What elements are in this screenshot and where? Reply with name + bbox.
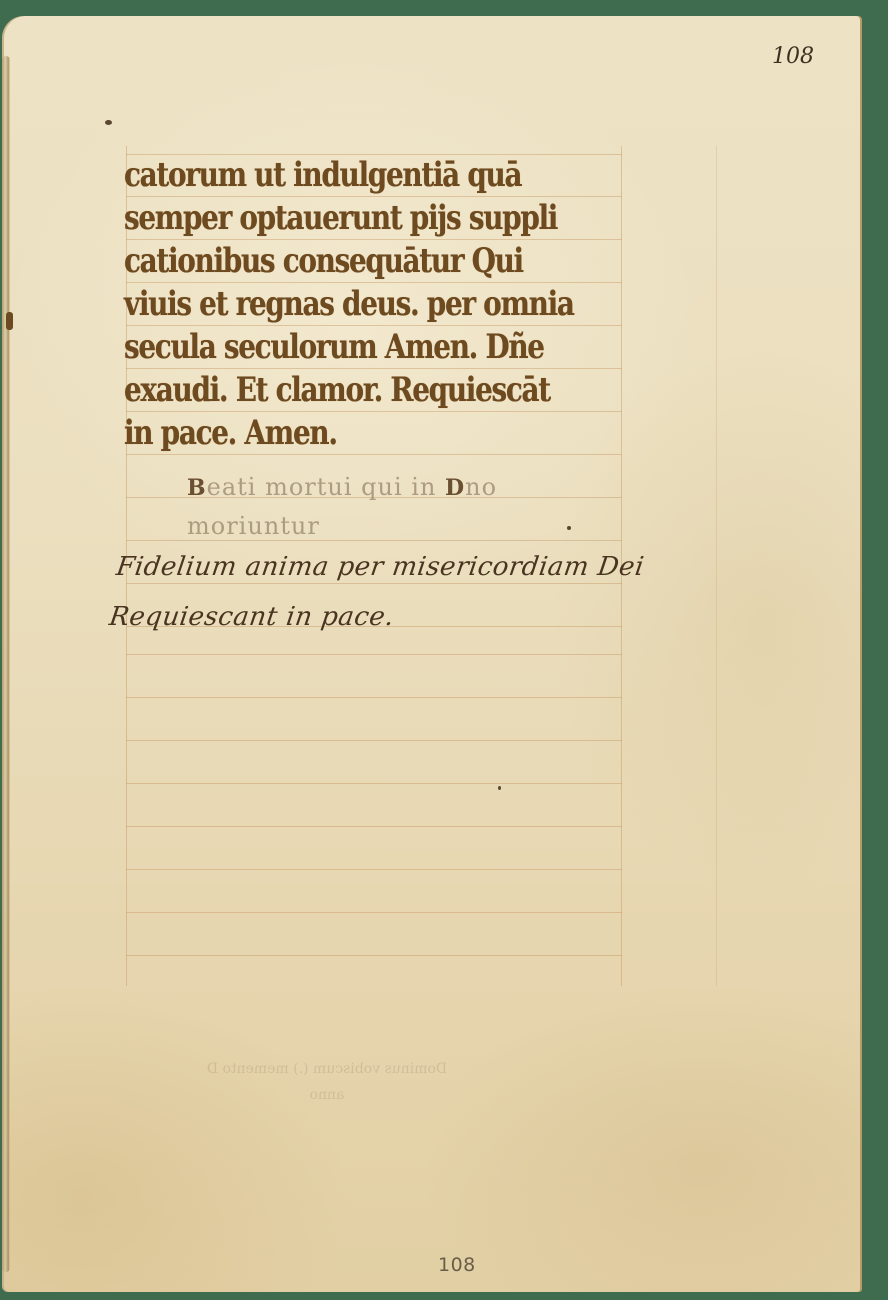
gothic-line: secula seculorum Amen. Dñe — [124, 326, 550, 369]
ink-spot — [567, 526, 571, 530]
caption-initial: B — [187, 475, 207, 501]
gothic-line: cationibus consequātur Qui — [124, 240, 550, 283]
caption-initial: D — [445, 475, 465, 501]
ruling-line — [126, 740, 622, 741]
gothic-line: viuis et regnas deus. per omnia — [124, 283, 550, 326]
ink-mark — [6, 312, 13, 330]
caption-line-1: Beati mortui qui in Dno — [187, 468, 497, 507]
folio-number-top: 108 — [772, 44, 814, 69]
gothic-text-block: catorum ut indulgentiā quā semper optaue… — [124, 154, 550, 455]
ink-spot — [498, 786, 501, 790]
caption-text: eati mortui qui in — [207, 473, 445, 501]
binding-edge — [2, 56, 10, 1272]
manuscript-page: 108 catorum ut indulgentiā quā semper op… — [2, 16, 862, 1292]
caption-line-2: moriuntur — [187, 507, 497, 545]
cursive-line: Fidelium anima per misericordiam Dei — [113, 542, 647, 592]
cursive-line: Requiescant in pace. — [106, 592, 640, 642]
gothic-line: catorum ut indulgentiā quā — [124, 154, 550, 197]
gothic-line: semper optauerunt pijs suppli — [124, 197, 550, 240]
ruling-line — [126, 783, 622, 784]
ink-spot — [105, 120, 112, 125]
folio-number-bottom: 108 — [438, 1254, 476, 1276]
gothic-line: in pace. Amen. — [124, 412, 550, 455]
ruling-line — [126, 654, 622, 655]
caption-text: no — [465, 473, 497, 501]
ruling-line — [126, 697, 622, 698]
cursive-annotation: Fidelium anima per misericordiam Dei Req… — [106, 542, 647, 642]
ruling-line — [126, 955, 622, 956]
ruling-line — [126, 826, 622, 827]
ruling-line — [126, 869, 622, 870]
faded-caption: Beati mortui qui in Dno moriuntur — [187, 468, 497, 545]
ruling-line — [126, 912, 622, 913]
gothic-line: exaudi. Et clamor. Requiescāt — [124, 369, 550, 412]
outer-margin-rule — [716, 146, 717, 986]
show-through-text: Dominus vobiscum (.) memento D anno — [102, 1056, 552, 1108]
